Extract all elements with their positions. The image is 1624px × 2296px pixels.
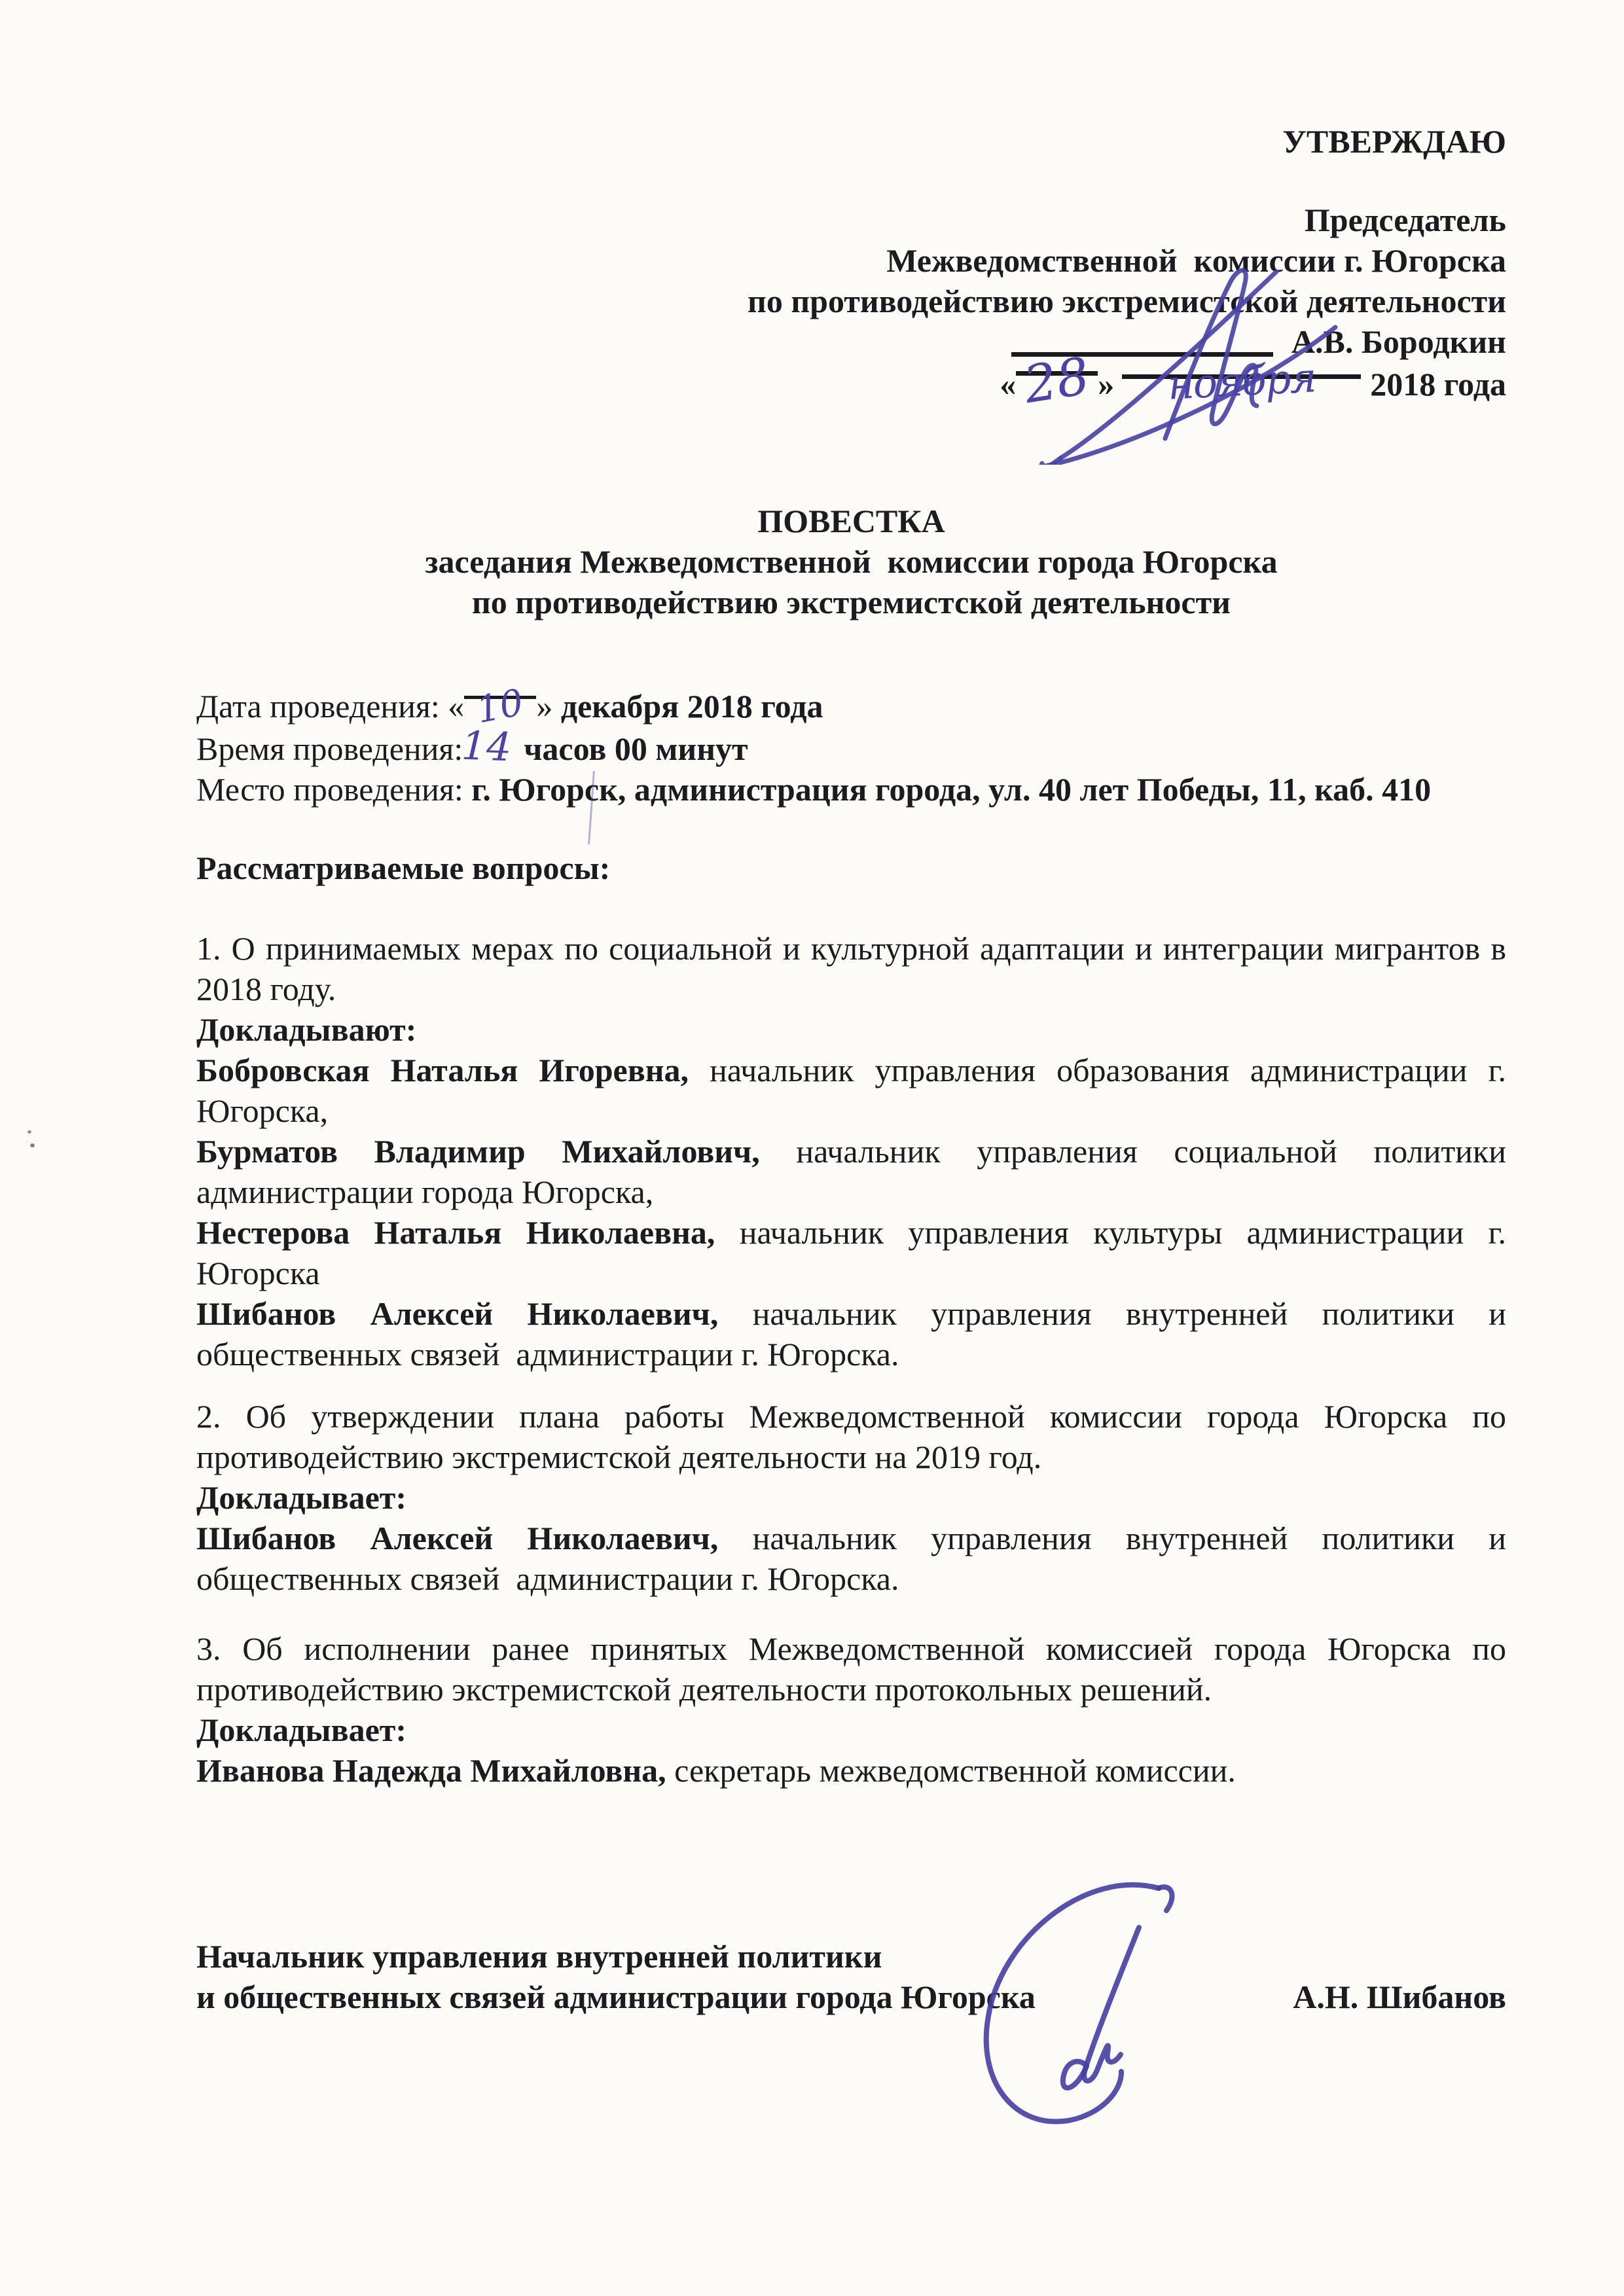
- agenda-item-3: 3. Об исполнении ранее принятых Межведом…: [196, 1628, 1506, 1791]
- doc-subtitle-1: заседания Межведомственной комиссии горо…: [196, 541, 1506, 582]
- scanned-agenda-document: УТВЕРЖДАЮ Председатель Межведомственной …: [0, 0, 1624, 2296]
- handwritten-time: 14: [461, 726, 512, 768]
- approval-commission-line: Межведомственной комиссии г. Югорска: [196, 240, 1506, 281]
- title-block: ПОВЕСТКА заседания Межведомственной коми…: [196, 501, 1506, 622]
- speaker-line: Шибанов Алексей Николаевич, начальник уп…: [196, 1293, 1506, 1374]
- place-label: Место проведения:: [196, 771, 471, 808]
- speakers-heading: Докладывает:: [196, 1710, 1506, 1750]
- speaker-line: Нестерова Наталья Николаевна, начальник …: [196, 1212, 1506, 1293]
- time-value: часов 00 минут: [516, 730, 748, 767]
- meta-time-line: Время проведения:14 часов 00 минут: [196, 726, 1506, 769]
- approver-name: А.В. Бородкин: [1291, 323, 1506, 360]
- meta-date-line: Дата проведения: «10» декабря 2018 года: [196, 686, 1506, 726]
- speaker-role: секретарь межведомственной комиссии.: [674, 1752, 1236, 1789]
- open-quote: «: [1000, 366, 1016, 403]
- agenda-item-2: 2. Об утверждении плана работы Межведомс…: [196, 1396, 1506, 1599]
- doc-title: ПОВЕСТКА: [196, 501, 1506, 541]
- close-quote: »: [1098, 366, 1114, 403]
- scan-speck: [30, 1143, 35, 1147]
- approval-activity-line: по противодействию экстремистской деятел…: [196, 281, 1506, 321]
- time-label: Время проведения:: [196, 730, 463, 767]
- date-value: декабря 2018 года: [552, 688, 823, 725]
- speaker-line: Шибанов Алексей Николаевич, начальник уп…: [196, 1518, 1506, 1599]
- approval-position-line: Председатель: [196, 200, 1506, 240]
- footer-signer-name: А.Н. Шибанов: [1293, 1977, 1506, 2017]
- meta-place-line: Место проведения: г. Югорск, администрац…: [196, 769, 1506, 810]
- footer-position-line-1: Начальник управления внутренней политики: [196, 1936, 1506, 1977]
- handwritten-month: ноября: [1166, 357, 1316, 406]
- speaker-name: Шибанов Алексей Николаевич,: [196, 1295, 753, 1332]
- speaker-name: Бобровская Наталья Игоревна,: [196, 1052, 710, 1088]
- place-value: г. Югорск, администрация города, ул. 40 …: [471, 771, 1431, 808]
- approval-block: УТВЕРЖДАЮ Председатель Межведомственной …: [196, 121, 1506, 404]
- speakers-heading: Докладывают:: [196, 1009, 1506, 1050]
- item-text: 1. О принимаемых мерах по социальной и к…: [196, 928, 1506, 1009]
- speaker-name: Иванова Надежда Михайловна,: [196, 1752, 674, 1789]
- date-label: Дата проведения: «: [196, 688, 464, 725]
- date-blank: 10: [464, 689, 536, 699]
- speaker-name: Бурматов Владимир Михайлович,: [196, 1133, 796, 1170]
- doc-subtitle-2: по противодействию экстремистской деятел…: [196, 582, 1506, 622]
- handwritten-day: 28: [1021, 356, 1092, 406]
- speaker-name: Нестерова Наталья Николаевна,: [196, 1214, 740, 1251]
- meta-block: Дата проведения: «10» декабря 2018 года …: [196, 686, 1506, 810]
- date-day-blank: 28: [1016, 362, 1098, 376]
- approval-word: УТВЕРЖДАЮ: [196, 121, 1506, 162]
- questions-heading-block: Рассматриваемые вопросы:: [196, 848, 1506, 888]
- scan-speck: [27, 1130, 31, 1134]
- item-text: 3. Об исполнении ранее принятых Межведом…: [196, 1628, 1506, 1710]
- speaker-name: Шибанов Алексей Николаевич,: [196, 1520, 753, 1556]
- speaker-line: Бурматов Владимир Михайлович, начальник …: [196, 1131, 1506, 1212]
- speaker-line: Бобровская Наталья Игоревна, начальник у…: [196, 1050, 1506, 1131]
- questions-heading: Рассматриваемые вопросы:: [196, 848, 1506, 888]
- approval-date-line: «28»ноября2018 года: [196, 362, 1506, 404]
- date-month-blank: ноября: [1122, 365, 1361, 379]
- agenda-item-1: 1. О принимаемых мерах по социальной и к…: [196, 928, 1506, 1374]
- spacer: [196, 162, 1506, 200]
- item-text: 2. Об утверждении плана работы Межведомс…: [196, 1396, 1506, 1477]
- speakers-heading: Докладывает:: [196, 1477, 1506, 1518]
- date-close-quote: »: [536, 688, 552, 725]
- footer-block: Начальник управления внутренней политики…: [196, 1936, 1506, 2017]
- speaker-line: Иванова Надежда Михайловна, секретарь ме…: [196, 1750, 1506, 1791]
- approval-year: 2018 года: [1370, 366, 1506, 403]
